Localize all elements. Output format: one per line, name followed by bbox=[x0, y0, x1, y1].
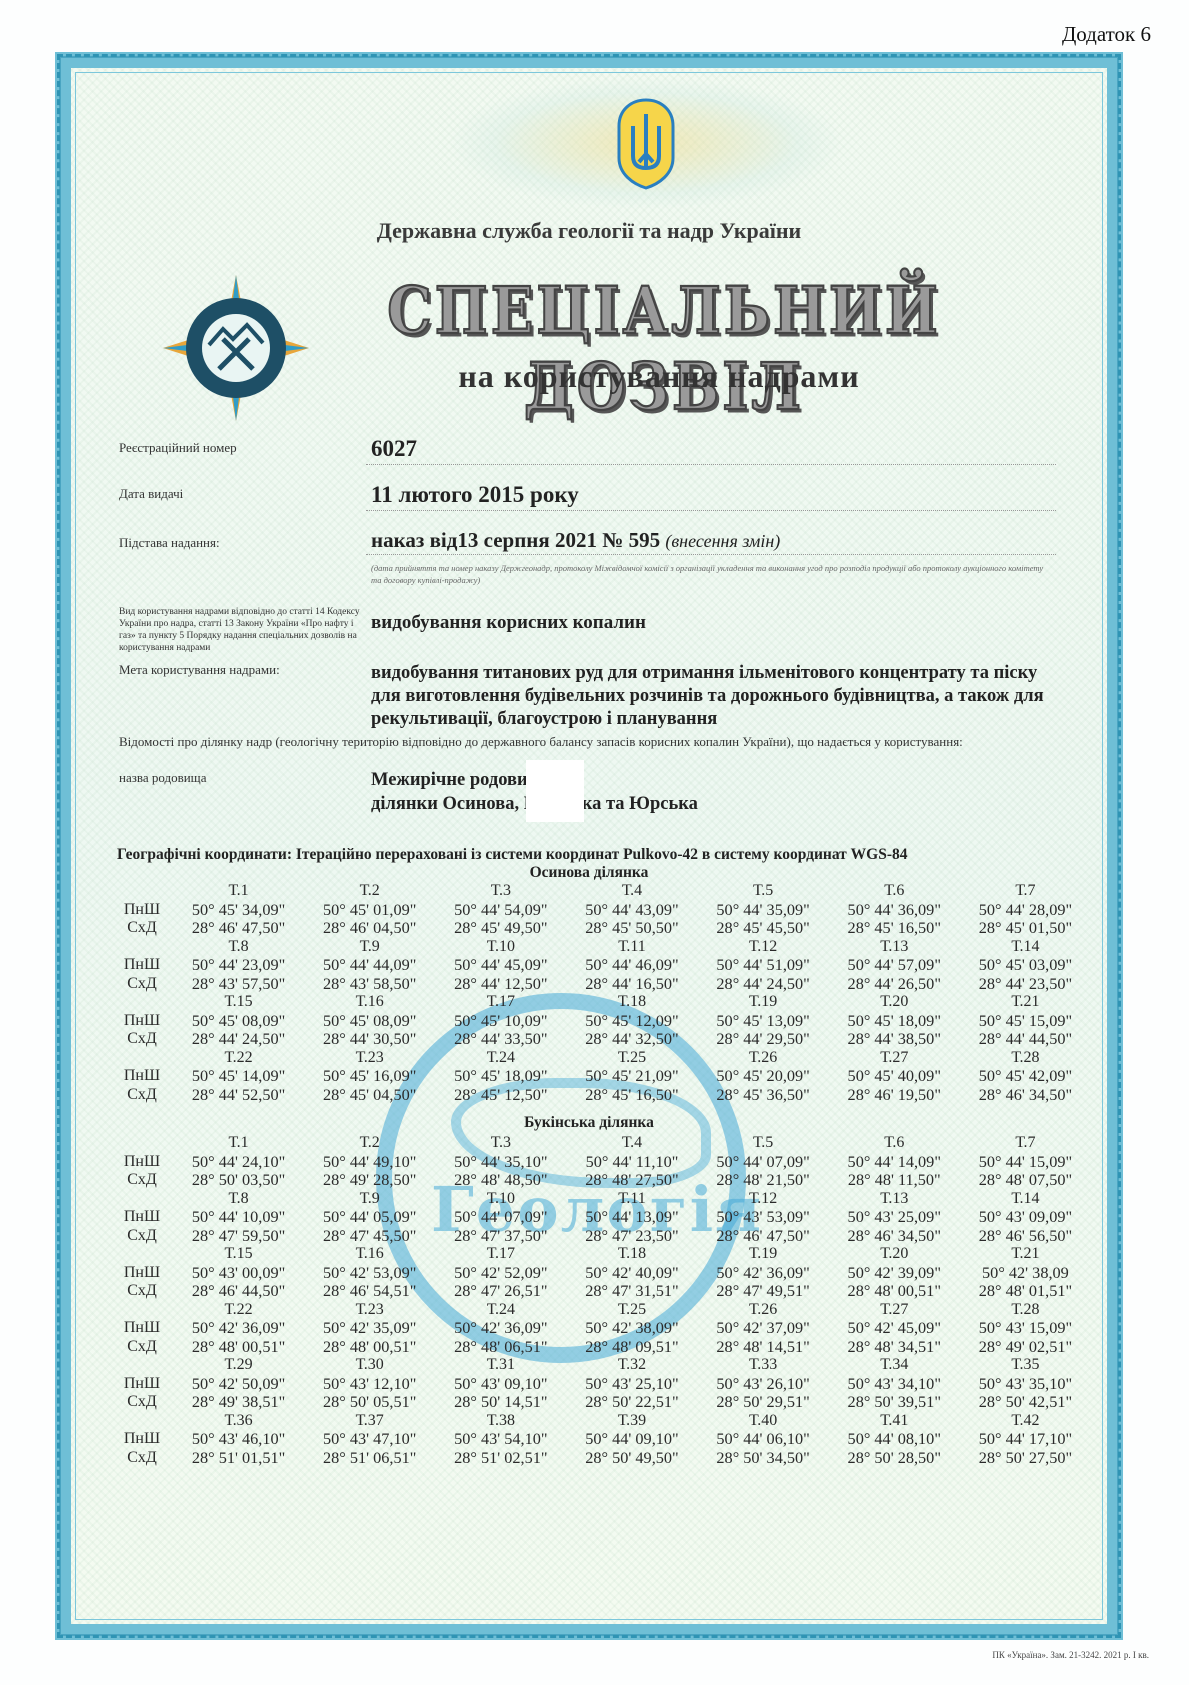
permit-frame: Державна служба геології та надр України… bbox=[55, 52, 1123, 1640]
point-id: Т.31 bbox=[435, 1356, 566, 1375]
latitude-value: 50° 43' 15,09" bbox=[960, 1319, 1091, 1338]
row-label: СхД bbox=[111, 1086, 173, 1105]
point-id: Т.21 bbox=[960, 1245, 1091, 1264]
longitude-value: 28° 44' 12,50" bbox=[435, 975, 566, 994]
point-id-row: Т.1Т.2Т.3Т.4Т.5Т.6Т.7 bbox=[111, 882, 1091, 901]
longitude-value: 28° 44' 33,50" bbox=[435, 1030, 566, 1049]
point-id: Т.6 bbox=[829, 1134, 960, 1153]
latitude-value: 50° 44' 51,09" bbox=[698, 956, 829, 975]
latitude-value: 50° 45' 08,09" bbox=[304, 1012, 435, 1031]
longitude-value: 28° 48' 07,50" bbox=[960, 1171, 1091, 1190]
latitude-row: ПнШ50° 43' 00,09"50° 42' 53,09"50° 42' 5… bbox=[111, 1264, 1091, 1283]
latitude-value: 50° 43' 25,09" bbox=[829, 1208, 960, 1227]
divider bbox=[366, 554, 1056, 555]
use-type-value: видобування корисних копалин bbox=[371, 612, 646, 634]
latitude-value: 50° 42' 36,09" bbox=[173, 1319, 304, 1338]
point-id: Т.18 bbox=[566, 993, 697, 1012]
row-label: ПнШ bbox=[111, 1264, 173, 1283]
point-id: Т.27 bbox=[829, 1301, 960, 1320]
point-id: Т.10 bbox=[435, 938, 566, 957]
longitude-value: 28° 48' 00,51" bbox=[829, 1282, 960, 1301]
latitude-value: 50° 45' 01,09" bbox=[304, 901, 435, 920]
longitude-value: 28° 45' 01,50" bbox=[960, 919, 1091, 938]
latitude-value: 50° 43' 47,10" bbox=[304, 1430, 435, 1449]
longitude-value: 28° 44' 24,50" bbox=[698, 975, 829, 994]
longitude-value: 28° 45' 49,50" bbox=[435, 919, 566, 938]
point-id: Т.20 bbox=[829, 1245, 960, 1264]
point-id: Т.27 bbox=[829, 1049, 960, 1068]
longitude-value: 28° 50' 42,51" bbox=[960, 1393, 1091, 1412]
basis-value: наказ від13 серпня 2021 № 595 (внесення … bbox=[371, 528, 780, 553]
issue-date-label: Дата видачі bbox=[119, 486, 183, 502]
divider bbox=[366, 464, 1056, 465]
longitude-value: 28° 48' 14,51" bbox=[698, 1338, 829, 1357]
point-id-row: Т.36Т.37Т.38Т.39Т.40Т.41Т.42 bbox=[111, 1412, 1091, 1431]
annex-label: Додаток 6 bbox=[1062, 22, 1151, 47]
point-id: Т.36 bbox=[173, 1412, 304, 1431]
point-id: Т.4 bbox=[566, 882, 697, 901]
point-id: Т.8 bbox=[173, 938, 304, 957]
longitude-value: 28° 48' 21,50" bbox=[698, 1171, 829, 1190]
latitude-value: 50° 43' 35,10" bbox=[960, 1375, 1091, 1394]
registration-number-value: 6027 bbox=[371, 436, 417, 462]
latitude-value: 50° 44' 57,09" bbox=[829, 956, 960, 975]
longitude-value: 28° 45' 12,50" bbox=[435, 1086, 566, 1105]
point-id: Т.12 bbox=[698, 1190, 829, 1209]
latitude-row: ПнШ50° 45' 34,09"50° 45' 01,09"50° 44' 5… bbox=[111, 901, 1091, 920]
longitude-value: 28° 47' 59,50" bbox=[173, 1227, 304, 1246]
latitude-value: 50° 44' 46,09" bbox=[566, 956, 697, 975]
latitude-value: 50° 44' 10,09" bbox=[173, 1208, 304, 1227]
point-id-row: Т.15Т.16Т.17Т.18Т.19Т.20Т.21 bbox=[111, 1245, 1091, 1264]
row-label bbox=[111, 882, 173, 901]
latitude-value: 50° 45' 40,09" bbox=[829, 1067, 960, 1086]
longitude-value: 28° 44' 26,50" bbox=[829, 975, 960, 994]
point-id: Т.19 bbox=[698, 1245, 829, 1264]
point-id: Т.1 bbox=[173, 882, 304, 901]
latitude-row: ПнШ50° 44' 23,09"50° 44' 44,09"50° 44' 4… bbox=[111, 956, 1091, 975]
latitude-value: 50° 42' 53,09" bbox=[304, 1264, 435, 1283]
longitude-row: СхД28° 43' 57,50"28° 43' 58,50"28° 44' 1… bbox=[111, 975, 1091, 994]
document-title: СПЕЦІАЛЬНИЙ ДОЗВІЛ bbox=[251, 273, 1077, 425]
point-id: Т.22 bbox=[173, 1049, 304, 1068]
longitude-row: СхД28° 49' 38,51"28° 50' 05,51"28° 50' 1… bbox=[111, 1393, 1091, 1412]
point-id: Т.15 bbox=[173, 1245, 304, 1264]
point-id: Т.16 bbox=[304, 993, 435, 1012]
point-id: Т.24 bbox=[435, 1301, 566, 1320]
longitude-value: 28° 48' 01,51" bbox=[960, 1282, 1091, 1301]
point-id-row: Т.22Т.23Т.24Т.25Т.26Т.27Т.28 bbox=[111, 1301, 1091, 1320]
latitude-value: 50° 45' 42,09" bbox=[960, 1067, 1091, 1086]
row-label bbox=[111, 1245, 173, 1264]
longitude-value: 28° 51' 01,51" bbox=[173, 1449, 304, 1468]
longitude-value: 28° 46' 47,50" bbox=[698, 1227, 829, 1246]
row-label: ПнШ bbox=[111, 1012, 173, 1031]
latitude-value: 50° 44' 35,09" bbox=[698, 901, 829, 920]
point-id: Т.17 bbox=[435, 993, 566, 1012]
longitude-value: 28° 46' 34,50" bbox=[960, 1086, 1091, 1105]
longitude-value: 28° 47' 37,50" bbox=[435, 1227, 566, 1246]
section-title-bukinska: Букінська ділянка bbox=[71, 1114, 1107, 1132]
latitude-row: ПнШ50° 45' 08,09"50° 45' 08,09"50° 45' 1… bbox=[111, 1012, 1091, 1031]
longitude-value: 28° 50' 34,50" bbox=[698, 1449, 829, 1468]
longitude-value: 28° 45' 16,50" bbox=[566, 1086, 697, 1105]
longitude-value: 28° 48' 48,50" bbox=[435, 1171, 566, 1190]
longitude-row: СхД28° 48' 00,51"28° 48' 00,51"28° 48' 0… bbox=[111, 1338, 1091, 1357]
longitude-value: 28° 49' 38,51" bbox=[173, 1393, 304, 1412]
row-label: ПнШ bbox=[111, 1375, 173, 1394]
point-id: Т.14 bbox=[960, 1190, 1091, 1209]
latitude-row: ПнШ50° 44' 24,10"50° 44' 49,10"50° 44' 3… bbox=[111, 1153, 1091, 1172]
longitude-value: 28° 48' 00,51" bbox=[173, 1338, 304, 1357]
coordinates-heading: Географічні координати: Ітераційно перер… bbox=[117, 846, 908, 864]
latitude-value: 50° 43' 46,10" bbox=[173, 1430, 304, 1449]
row-label bbox=[111, 1301, 173, 1320]
basis-label: Підстава надання: bbox=[119, 535, 220, 551]
latitude-value: 50° 45' 34,09" bbox=[173, 901, 304, 920]
latitude-value: 50° 45' 08,09" bbox=[173, 1012, 304, 1031]
point-id: Т.29 bbox=[173, 1356, 304, 1375]
latitude-value: 50° 43' 00,09" bbox=[173, 1264, 304, 1283]
longitude-value: 28° 47' 45,50" bbox=[304, 1227, 435, 1246]
longitude-value: 28° 44' 16,50" bbox=[566, 975, 697, 994]
latitude-value: 50° 45' 15,09" bbox=[960, 1012, 1091, 1031]
point-id: Т.2 bbox=[304, 1134, 435, 1153]
point-id-row: Т.8Т.9Т.10Т.11Т.12Т.13Т.14 bbox=[111, 938, 1091, 957]
latitude-value: 50° 42' 35,09" bbox=[304, 1319, 435, 1338]
latitude-value: 50° 44' 07,09" bbox=[435, 1208, 566, 1227]
use-type-label: Вид користування надрами відповідно до с… bbox=[119, 606, 369, 654]
issue-date-value: 11 лютого 2015 року bbox=[371, 482, 579, 508]
row-label: ПнШ bbox=[111, 1208, 173, 1227]
longitude-row: СхД28° 46' 44,50"28° 46' 54,51"28° 47' 2… bbox=[111, 1282, 1091, 1301]
point-id: Т.28 bbox=[960, 1049, 1091, 1068]
point-id: Т.3 bbox=[435, 1134, 566, 1153]
longitude-row: СхД28° 47' 59,50"28° 47' 45,50"28° 47' 3… bbox=[111, 1227, 1091, 1246]
longitude-value: 28° 46' 54,51" bbox=[304, 1282, 435, 1301]
point-id: Т.25 bbox=[566, 1049, 697, 1068]
registration-number-label: Реєстраційний номер bbox=[119, 440, 237, 456]
row-label bbox=[111, 938, 173, 957]
basis-change-note: (внесення змін) bbox=[665, 531, 780, 551]
longitude-value: 28° 51' 06,51" bbox=[304, 1449, 435, 1468]
longitude-value: 28° 44' 23,50" bbox=[960, 975, 1091, 994]
point-id-row: Т.1Т.2Т.3Т.4Т.5Т.6Т.7 bbox=[111, 1134, 1091, 1153]
row-label bbox=[111, 1049, 173, 1068]
row-label: СхД bbox=[111, 1282, 173, 1301]
point-id: Т.5 bbox=[698, 882, 829, 901]
latitude-value: 50° 45' 16,09" bbox=[304, 1067, 435, 1086]
row-label: ПнШ bbox=[111, 956, 173, 975]
longitude-value: 28° 48' 09,51" bbox=[566, 1338, 697, 1357]
point-id: Т.24 bbox=[435, 1049, 566, 1068]
row-label: ПнШ bbox=[111, 1153, 173, 1172]
latitude-value: 50° 44' 06,10" bbox=[698, 1430, 829, 1449]
row-label: ПнШ bbox=[111, 1067, 173, 1086]
point-id: Т.42 bbox=[960, 1412, 1091, 1431]
latitude-value: 50° 44' 14,09" bbox=[829, 1153, 960, 1172]
longitude-value: 28° 50' 49,50" bbox=[566, 1449, 697, 1468]
longitude-row: СхД28° 46' 47,50"28° 46' 04,50"28° 45' 4… bbox=[111, 919, 1091, 938]
latitude-value: 50° 45' 03,09" bbox=[960, 956, 1091, 975]
latitude-value: 50° 45' 12,09" bbox=[566, 1012, 697, 1031]
point-id: Т.33 bbox=[698, 1356, 829, 1375]
point-id: Т.39 bbox=[566, 1412, 697, 1431]
latitude-value: 50° 43' 25,10" bbox=[566, 1375, 697, 1394]
latitude-value: 50° 44' 28,09" bbox=[960, 901, 1091, 920]
longitude-value: 28° 44' 38,50" bbox=[829, 1030, 960, 1049]
longitude-value: 28° 46' 56,50" bbox=[960, 1227, 1091, 1246]
longitude-value: 28° 48' 11,50" bbox=[829, 1171, 960, 1190]
point-id: Т.26 bbox=[698, 1301, 829, 1320]
point-id: Т.14 bbox=[960, 938, 1091, 957]
longitude-value: 28° 44' 24,50" bbox=[173, 1030, 304, 1049]
longitude-value: 28° 49' 02,51" bbox=[960, 1338, 1091, 1357]
latitude-value: 50° 42' 40,09" bbox=[566, 1264, 697, 1283]
point-id-row: Т.22Т.23Т.24Т.25Т.26Т.27Т.28 bbox=[111, 1049, 1091, 1068]
latitude-row: ПнШ50° 42' 36,09"50° 42' 35,09"50° 42' 3… bbox=[111, 1319, 1091, 1338]
latitude-value: 50° 44' 43,09" bbox=[566, 901, 697, 920]
row-label: СхД bbox=[111, 1338, 173, 1357]
point-id: Т.16 bbox=[304, 1245, 435, 1264]
latitude-value: 50° 44' 17,10" bbox=[960, 1430, 1091, 1449]
latitude-value: 50° 42' 38,09 bbox=[960, 1264, 1091, 1283]
point-id: Т.12 bbox=[698, 938, 829, 957]
latitude-value: 50° 43' 12,10" bbox=[304, 1375, 435, 1394]
row-label bbox=[111, 993, 173, 1012]
point-id: Т.40 bbox=[698, 1412, 829, 1431]
longitude-value: 28° 45' 04,50" bbox=[304, 1086, 435, 1105]
longitude-value: 28° 44' 32,50" bbox=[566, 1030, 697, 1049]
latitude-value: 50° 44' 05,09" bbox=[304, 1208, 435, 1227]
latitude-value: 50° 42' 52,09" bbox=[435, 1264, 566, 1283]
point-id-row: Т.15Т.16Т.17Т.18Т.19Т.20Т.21 bbox=[111, 993, 1091, 1012]
longitude-value: 28° 47' 31,51" bbox=[566, 1282, 697, 1301]
latitude-value: 50° 44' 54,09" bbox=[435, 901, 566, 920]
longitude-row: СхД28° 50' 03,50"28° 49' 28,50"28° 48' 4… bbox=[111, 1171, 1091, 1190]
deposit-label: назва родовища bbox=[119, 770, 206, 786]
longitude-row: СхД28° 51' 01,51"28° 51' 06,51"28° 51' 0… bbox=[111, 1449, 1091, 1468]
latitude-value: 50° 45' 14,09" bbox=[173, 1067, 304, 1086]
latitude-value: 50° 43' 09,09" bbox=[960, 1208, 1091, 1227]
longitude-value: 28° 44' 29,50" bbox=[698, 1030, 829, 1049]
longitude-row: СхД28° 44' 24,50"28° 44' 30,50"28° 44' 3… bbox=[111, 1030, 1091, 1049]
row-label: ПнШ bbox=[111, 1430, 173, 1449]
row-label bbox=[111, 1412, 173, 1431]
longitude-value: 28° 44' 30,50" bbox=[304, 1030, 435, 1049]
latitude-value: 50° 44' 08,10" bbox=[829, 1430, 960, 1449]
point-id: Т.34 bbox=[829, 1356, 960, 1375]
point-id: Т.23 bbox=[304, 1301, 435, 1320]
latitude-value: 50° 44' 15,09" bbox=[960, 1153, 1091, 1172]
latitude-value: 50° 45' 21,09" bbox=[566, 1067, 697, 1086]
purpose-value: видобування титанових руд для отримання … bbox=[371, 662, 1061, 731]
latitude-value: 50° 44' 44,09" bbox=[304, 956, 435, 975]
latitude-value: 50° 42' 36,09" bbox=[698, 1264, 829, 1283]
row-label: ПнШ bbox=[111, 1319, 173, 1338]
row-label bbox=[111, 1190, 173, 1209]
row-label: СхД bbox=[111, 1171, 173, 1190]
longitude-value: 28° 47' 26,51" bbox=[435, 1282, 566, 1301]
latitude-value: 50° 42' 39,09" bbox=[829, 1264, 960, 1283]
point-id: Т.30 bbox=[304, 1356, 435, 1375]
latitude-row: ПнШ50° 43' 46,10"50° 43' 47,10"50° 43' 5… bbox=[111, 1430, 1091, 1449]
longitude-value: 28° 44' 52,50" bbox=[173, 1086, 304, 1105]
point-id: Т.3 bbox=[435, 882, 566, 901]
row-label: СхД bbox=[111, 919, 173, 938]
latitude-row: ПнШ50° 44' 10,09"50° 44' 05,09"50° 44' 0… bbox=[111, 1208, 1091, 1227]
point-id: Т.17 bbox=[435, 1245, 566, 1264]
latitude-value: 50° 44' 35,10" bbox=[435, 1153, 566, 1172]
longitude-value: 28° 48' 27,50" bbox=[566, 1171, 697, 1190]
coordinates-table-osynova: Т.1Т.2Т.3Т.4Т.5Т.6Т.7ПнШ50° 45' 34,09"50… bbox=[111, 882, 1091, 1104]
latitude-value: 50° 45' 13,09" bbox=[698, 1012, 829, 1031]
latitude-row: ПнШ50° 42' 50,09"50° 43' 12,10"50° 43' 0… bbox=[111, 1375, 1091, 1394]
site-info-text: Відомості про ділянку надр (геологічну т… bbox=[119, 734, 963, 750]
purpose-label: Мета користування надрами: bbox=[119, 662, 280, 678]
point-id: Т.20 bbox=[829, 993, 960, 1012]
row-label bbox=[111, 1356, 173, 1375]
longitude-value: 28° 45' 45,50" bbox=[698, 919, 829, 938]
latitude-value: 50° 45' 18,09" bbox=[829, 1012, 960, 1031]
point-id: Т.37 bbox=[304, 1412, 435, 1431]
point-id: Т.21 bbox=[960, 993, 1091, 1012]
point-id: Т.38 bbox=[435, 1412, 566, 1431]
longitude-value: 28° 46' 19,50" bbox=[829, 1086, 960, 1105]
point-id: Т.10 bbox=[435, 1190, 566, 1209]
longitude-value: 28° 48' 00,51" bbox=[304, 1338, 435, 1357]
point-id: Т.4 bbox=[566, 1134, 697, 1153]
point-id: Т.22 bbox=[173, 1301, 304, 1320]
longitude-value: 28° 50' 29,51" bbox=[698, 1393, 829, 1412]
coat-of-arms-icon bbox=[601, 88, 691, 198]
longitude-value: 28° 45' 36,50" bbox=[698, 1086, 829, 1105]
longitude-value: 28° 45' 16,50" bbox=[829, 919, 960, 938]
longitude-value: 28° 50' 28,50" bbox=[829, 1449, 960, 1468]
point-id: Т.15 bbox=[173, 993, 304, 1012]
basis-order: наказ від13 серпня 2021 № 595 bbox=[371, 528, 660, 552]
longitude-value: 28° 48' 06,51" bbox=[435, 1338, 566, 1357]
point-id: Т.13 bbox=[829, 938, 960, 957]
latitude-row: ПнШ50° 45' 14,09"50° 45' 16,09"50° 45' 1… bbox=[111, 1067, 1091, 1086]
latitude-value: 50° 43' 53,09" bbox=[698, 1208, 829, 1227]
agency-name: Державна служба геології та надр України bbox=[71, 218, 1107, 244]
latitude-value: 50° 42' 50,09" bbox=[173, 1375, 304, 1394]
longitude-value: 28° 46' 44,50" bbox=[173, 1282, 304, 1301]
row-label: СхД bbox=[111, 1449, 173, 1468]
longitude-value: 28° 46' 04,50" bbox=[304, 919, 435, 938]
longitude-value: 28° 47' 23,50" bbox=[566, 1227, 697, 1246]
redaction-box bbox=[526, 760, 584, 822]
point-id: Т.5 bbox=[698, 1134, 829, 1153]
latitude-value: 50° 44' 45,09" bbox=[435, 956, 566, 975]
point-id: Т.35 bbox=[960, 1356, 1091, 1375]
latitude-value: 50° 43' 34,10" bbox=[829, 1375, 960, 1394]
longitude-value: 28° 43' 57,50" bbox=[173, 975, 304, 994]
latitude-value: 50° 44' 11,10" bbox=[566, 1153, 697, 1172]
longitude-value: 28° 50' 03,50" bbox=[173, 1171, 304, 1190]
printer-note: ПК «Україна». Зам. 21-3242. 2021 р. I кв… bbox=[992, 1650, 1149, 1660]
longitude-value: 28° 44' 44,50" bbox=[960, 1030, 1091, 1049]
longitude-value: 28° 50' 14,51" bbox=[435, 1393, 566, 1412]
point-id: Т.23 bbox=[304, 1049, 435, 1068]
longitude-value: 28° 50' 39,51" bbox=[829, 1393, 960, 1412]
row-label: СхД bbox=[111, 1393, 173, 1412]
row-label: СхД bbox=[111, 1227, 173, 1246]
latitude-value: 50° 42' 45,09" bbox=[829, 1319, 960, 1338]
latitude-value: 50° 45' 20,09" bbox=[698, 1067, 829, 1086]
latitude-value: 50° 44' 36,09" bbox=[829, 901, 960, 920]
latitude-value: 50° 44' 49,10" bbox=[304, 1153, 435, 1172]
point-id: Т.7 bbox=[960, 1134, 1091, 1153]
point-id: Т.9 bbox=[304, 938, 435, 957]
point-id: Т.18 bbox=[566, 1245, 697, 1264]
point-id: Т.25 bbox=[566, 1301, 697, 1320]
longitude-value: 28° 51' 02,51" bbox=[435, 1449, 566, 1468]
latitude-value: 50° 44' 23,09" bbox=[173, 956, 304, 975]
latitude-value: 50° 43' 09,10" bbox=[435, 1375, 566, 1394]
latitude-value: 50° 42' 37,09" bbox=[698, 1319, 829, 1338]
row-label: СхД bbox=[111, 1030, 173, 1049]
latitude-value: 50° 44' 24,10" bbox=[173, 1153, 304, 1172]
latitude-value: 50° 43' 54,10" bbox=[435, 1430, 566, 1449]
point-id: Т.11 bbox=[566, 1190, 697, 1209]
point-id: Т.26 bbox=[698, 1049, 829, 1068]
point-id: Т.28 bbox=[960, 1301, 1091, 1320]
basis-hint: (дата прийняття та номер наказу Держгеон… bbox=[371, 562, 1051, 586]
point-id: Т.7 bbox=[960, 882, 1091, 901]
longitude-value: 28° 48' 34,51" bbox=[829, 1338, 960, 1357]
document-subtitle: на користування надрами bbox=[271, 358, 1047, 395]
divider bbox=[366, 510, 1056, 511]
point-id: Т.2 bbox=[304, 882, 435, 901]
longitude-value: 28° 50' 27,50" bbox=[960, 1449, 1091, 1468]
latitude-value: 50° 44' 13,09" bbox=[566, 1208, 697, 1227]
latitude-value: 50° 44' 07,09" bbox=[698, 1153, 829, 1172]
row-label: ПнШ bbox=[111, 901, 173, 920]
latitude-value: 50° 44' 09,10" bbox=[566, 1430, 697, 1449]
latitude-value: 50° 42' 38,09" bbox=[566, 1319, 697, 1338]
longitude-value: 28° 46' 47,50" bbox=[173, 919, 304, 938]
section-title-osynova: Осинова ділянка bbox=[71, 864, 1107, 882]
point-id: Т.1 bbox=[173, 1134, 304, 1153]
latitude-value: 50° 45' 18,09" bbox=[435, 1067, 566, 1086]
longitude-value: 28° 47' 49,51" bbox=[698, 1282, 829, 1301]
longitude-value: 28° 46' 34,50" bbox=[829, 1227, 960, 1246]
coordinates-table-bukinska: Т.1Т.2Т.3Т.4Т.5Т.6Т.7ПнШ50° 44' 24,10"50… bbox=[111, 1134, 1091, 1467]
point-id-row: Т.29Т.30Т.31Т.32Т.33Т.34Т.35 bbox=[111, 1356, 1091, 1375]
point-id: Т.9 bbox=[304, 1190, 435, 1209]
point-id: Т.41 bbox=[829, 1412, 960, 1431]
longitude-value: 28° 43' 58,50" bbox=[304, 975, 435, 994]
latitude-value: 50° 45' 10,09" bbox=[435, 1012, 566, 1031]
point-id: Т.6 bbox=[829, 882, 960, 901]
latitude-value: 50° 42' 36,09" bbox=[435, 1319, 566, 1338]
longitude-value: 28° 45' 50,50" bbox=[566, 919, 697, 938]
point-id: Т.8 bbox=[173, 1190, 304, 1209]
row-label: СхД bbox=[111, 975, 173, 994]
point-id: Т.13 bbox=[829, 1190, 960, 1209]
latitude-value: 50° 43' 26,10" bbox=[698, 1375, 829, 1394]
longitude-value: 28° 50' 05,51" bbox=[304, 1393, 435, 1412]
row-label bbox=[111, 1134, 173, 1153]
longitude-value: 28° 49' 28,50" bbox=[304, 1171, 435, 1190]
longitude-row: СхД28° 44' 52,50"28° 45' 04,50"28° 45' 1… bbox=[111, 1086, 1091, 1105]
point-id: Т.19 bbox=[698, 993, 829, 1012]
point-id-row: Т.8Т.9Т.10Т.11Т.12Т.13Т.14 bbox=[111, 1190, 1091, 1209]
point-id: Т.32 bbox=[566, 1356, 697, 1375]
point-id: Т.11 bbox=[566, 938, 697, 957]
